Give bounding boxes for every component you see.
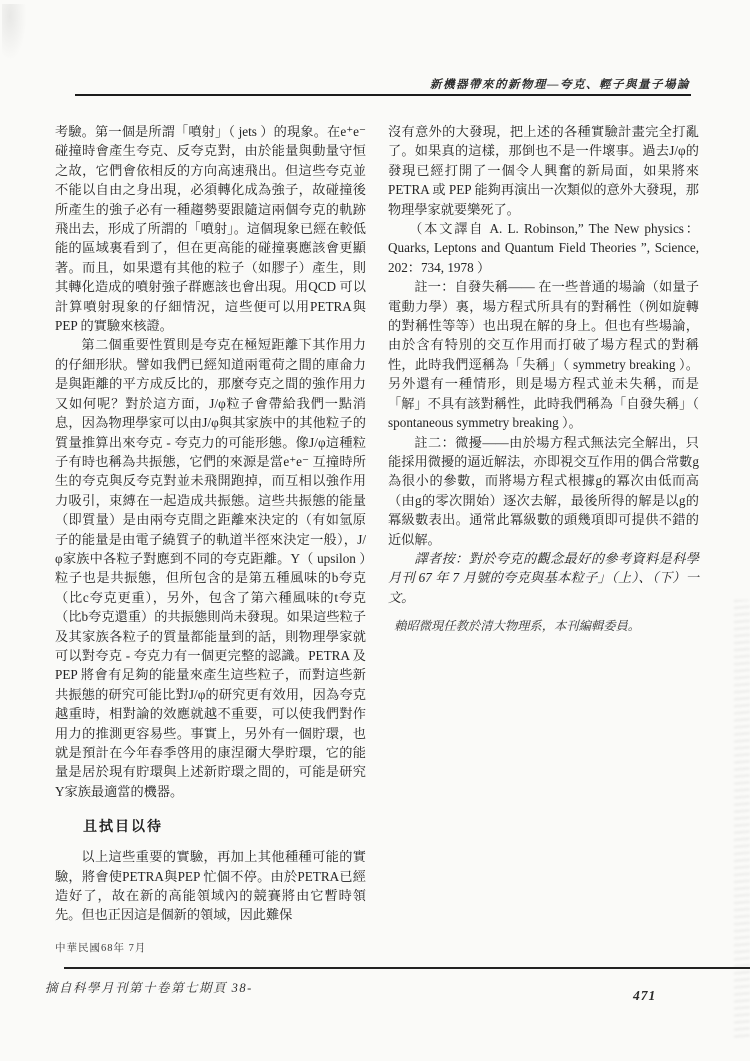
header-divider	[75, 94, 691, 96]
right-column: 沒有意外的大發現，把上述的各種實驗計畫完全打亂了。如果真的這樣，那倒也不是一件壞…	[388, 122, 699, 955]
article-body: 考驗。第一個是所謂「噴射」（ jets ）的現象。在e⁺e⁻ 碰撞時會產生夸克、…	[55, 122, 699, 955]
paragraph-footnote-2: 註二：微擾——由於場方程式無法完全解出，只能採用微擾的逼近解法，亦即視交互作用的…	[388, 433, 699, 549]
section-heading: 且拭目以待	[83, 816, 366, 836]
paragraph-quark-force: 第二個重要性質則是夸克在極短距離下其作用力的仔細形狀。譬如我們已經知道兩電荷之間…	[55, 335, 366, 801]
paragraph-surprise-discovery: 沒有意外的大發現，把上述的各種實驗計畫完全打亂了。如果真的這樣，那倒也不是一件壞…	[388, 122, 699, 219]
paragraph-source-citation: （本文譯自 A. L. Robinson,” The New physics：Q…	[388, 219, 699, 277]
author-credit-note: 賴昭微現任教於清大物理系，本刊編輯委員。	[388, 617, 699, 636]
translator-note: 譯者按：對於夸克的觀念最好的參考資料是科學月刊 67 年 7 月號的夸克與基本粒…	[388, 549, 699, 607]
left-column: 考驗。第一個是所謂「噴射」（ jets ）的現象。在e⁺e⁻ 碰撞時會產生夸克、…	[55, 122, 366, 955]
scan-artifact	[2, 4, 28, 64]
paragraph-jets: 考驗。第一個是所謂「噴射」（ jets ）的現象。在e⁺e⁻ 碰撞時會產生夸克、…	[55, 122, 366, 335]
paragraph-outlook: 以上這些重要的實驗，再加上其他種種可能的實驗，將會使PETRA與PEP 忙個不停…	[55, 847, 366, 925]
paragraph-footnote-1: 註一：自發失稱—— 在一些普通的場論（如量子電動力學）裏，場方程式所具有的對稱性…	[388, 277, 699, 432]
footer-divider	[64, 967, 750, 969]
date-note: 中華民國68年 7月	[55, 940, 366, 955]
running-head-article-title: 新機器帶來的新物理—夸克、輕子與量子場論	[430, 76, 690, 92]
footer-source-note: 摘自科學月刊第十卷第七期頁 38-	[45, 978, 253, 996]
scanned-page: 新機器帶來的新物理—夸克、輕子與量子場論 考驗。第一個是所謂「噴射」（ jets…	[0, 0, 750, 1061]
page-number: 471	[633, 988, 656, 1004]
scan-artifact	[734, 600, 750, 1040]
